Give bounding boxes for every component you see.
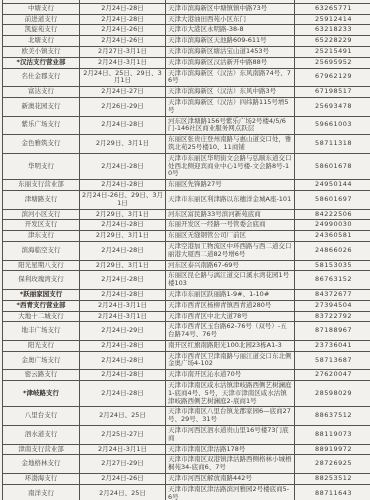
address-cell: 天津市津南区咸水沽镇津岐路西侧艺树澜庭1-底商4号、5号，天津市津南区咸水沽镇津… <box>166 381 295 407</box>
phone-cell: 88253512 <box>295 474 370 485</box>
service-dates-cell: 2月27日-29日 <box>80 455 166 474</box>
address-cell: 天津市滨海新区（汉沽）东风南路74号、76号 <box>166 68 295 87</box>
phone-cell: 58713687 <box>295 351 370 370</box>
service-dates-cell: 2月24日-28日 <box>80 289 166 300</box>
branch-name-cell: 阳光支行 <box>3 340 80 351</box>
branch-name-cell: *西青支行营业部 <box>3 300 80 311</box>
table-row: 环渤海支行2月24日-26日天津市河西区解放南路442号88253512 <box>3 474 370 485</box>
service-dates-cell: 2月25日-27日 <box>80 426 166 445</box>
service-dates-cell: 2月29日、3月1日 <box>80 260 166 271</box>
branch-name-cell: 中塘支行 <box>3 3 80 14</box>
service-dates-cell: 2月24日、25日 <box>80 484 166 500</box>
branch-name-cell: 津东支行 <box>3 231 80 242</box>
address-cell: 天津市西青区玉台路62-76号（双号）-五台路74号、76号 <box>166 322 295 341</box>
table-row: 滨河小区支行2月29日、3月1日河东区富民路33号滨河新苑底商84222506 <box>3 209 370 220</box>
address-cell: 河东区津塘路156号紫乐广场2号楼4/5/6门-146社区商业服务网点跃层 <box>166 116 295 135</box>
table-row: 大地十二城支行2月24日-3月1日天津市西青区中北大道78号83722792 <box>3 311 370 322</box>
branch-name-cell: 金地格林支行 <box>3 455 80 474</box>
branch-name-cell: 密云路支行 <box>3 370 80 381</box>
service-dates-cell: 2月24日-26日、29日、3月1日 <box>80 190 166 209</box>
branch-name-cell: *跃丽家园支行 <box>3 289 80 300</box>
branch-name-cell: 津塘路支行 <box>3 190 80 209</box>
phone-cell: 28726925 <box>295 455 370 474</box>
phone-cell: 24866026 <box>295 241 370 260</box>
address-cell: 天津市河西区泗水道贵山里16号楼73门底商 <box>166 426 295 445</box>
phone-cell: 25215491 <box>295 46 370 57</box>
phone-cell: 28598029 <box>295 381 370 407</box>
phone-cell: 25695952 <box>295 57 370 68</box>
table-row: 中塘支行2月24日-28日天津市滨海新区中塘镇镇中路73号63265771 <box>3 3 370 14</box>
table-row: *跃丽家园支行2月24日-28日天津市东丽区跃丽路1-9#、1-10#84372… <box>3 289 370 300</box>
phone-cell: 58711318 <box>295 135 370 154</box>
branch-name-cell: 凯旋苑支行 <box>3 25 80 36</box>
service-dates-cell: 2月24日-28日 <box>80 14 166 25</box>
service-dates-cell: 2月24日-28日 <box>80 271 166 290</box>
branch-name-cell: 富达支行 <box>3 87 80 98</box>
branch-name-cell: 开发区支行 <box>3 220 80 231</box>
table-row: 南洋支行2月24日、25日天津市津南区津沽路滨河雅园2号楼底商5-6号88711… <box>3 484 370 500</box>
service-dates-cell: 2月24日-27日 <box>80 87 166 98</box>
service-dates-cell: 2月24日-28日 <box>80 370 166 381</box>
table-row: 保利玫瑰湾支行2月24日-28日东丽区昆仑路与漓江道交口溪水湾花园1号楼1038… <box>3 271 370 290</box>
branch-table: ……支行2月24日-3月1日天津大港…………中塘支行2月24日-28日天津市滨海… <box>2 0 370 500</box>
address-cell: 天津市河西区解放南路442号 <box>166 474 295 485</box>
service-dates-cell: 2月24日-3月1日 <box>80 57 166 68</box>
table-row: 金奥广场支行2月24日-28日天津市西青区卫津南路与丽江道交口东北侧金奥广场4-… <box>3 351 370 370</box>
table-row: 阳光支行2月24日-28日南开区红旗南路阳光100北园23栋A1-3237360… <box>3 340 370 351</box>
branch-name-cell: 环渤海支行 <box>3 474 80 485</box>
phone-cell: 23736041 <box>295 340 370 351</box>
phone-cell: 65228229 <box>295 36 370 47</box>
address-cell: 东丽区张贵庄登州南路与惠山道交口处，雅筑北苑25号楼10、11商铺 <box>166 135 295 154</box>
branch-name-cell: 新澳花园支行 <box>3 97 80 116</box>
branch-name-cell: *汉沽支行营业部 <box>3 57 80 68</box>
address-cell: 天津市津南区津沽路滨河雅园2号楼底商5-6号 <box>166 484 295 500</box>
phone-cell: 59661003 <box>295 116 370 135</box>
service-dates-cell: 2月24日-3月1日 <box>80 444 166 455</box>
table-row: *西青支行营业部2月24日-3月1日天津市西青区杨柳青镇西青道280号27394… <box>3 300 370 311</box>
address-cell: 东丽区先锋路27号 <box>166 180 295 191</box>
phone-cell: 58153035 <box>295 260 370 271</box>
address-cell: 天津市滨海新区塘沽宝山道1453号 <box>166 46 295 57</box>
branch-name-cell: 保利玫瑰湾支行 <box>3 271 80 290</box>
branch-name-cell: 南洋支行 <box>3 484 80 500</box>
service-dates-cell: 2月26日-29日 <box>80 97 166 116</box>
table-row: 东丽支行营业部2月24日-28日东丽区先锋路27号24950144 <box>3 180 370 191</box>
branch-name-cell: 紫乐广场支行 <box>3 116 80 135</box>
service-dates-cell: 2月27日-3月1日 <box>80 46 166 57</box>
table-row: 富达支行2月24日-27日天津市滨海新区（汉沽）东风中路3号67198517 <box>3 87 370 98</box>
table-row: 津南支行营业部2月24日-3月1日天津市津南区津沽路178号88919972 <box>3 444 370 455</box>
service-dates-cell: 2月24日-3月1日 <box>80 300 166 311</box>
phone-cell: 88919972 <box>295 444 370 455</box>
address-cell: 天津市南开区沁水道70号 <box>166 370 295 381</box>
table-row: *津岐路支行2月24日-28日天津市津南区咸水沽镇津岐路西侧艺树澜庭1-底商4号… <box>3 381 370 407</box>
phone-cell: 67198517 <box>295 87 370 98</box>
service-dates-cell: 2月24日、25日 <box>80 407 166 426</box>
branch-name-cell: 地丰广场支行 <box>3 322 80 341</box>
branch-name-cell: 华明支行 <box>3 153 80 179</box>
branch-name-cell: 滨海临空支行 <box>3 241 80 260</box>
phone-cell: 83722792 <box>295 311 370 322</box>
address-cell: 天津市津南区八里台镇龙郡家园6—底商27号、29号、31号 <box>166 407 295 426</box>
address-cell: 东丽区昆仑路与漓江道交口溪水湾花园1号楼103 <box>166 271 295 290</box>
address-cell: 天津市滨海新区（汉沽）四纬路115号增5号 <box>166 97 295 116</box>
address-cell: 天津市西青区杨柳青镇西青道280号 <box>166 300 295 311</box>
branch-name-cell: 泗水道支行 <box>3 426 80 445</box>
phone-cell: 24990030 <box>295 220 370 231</box>
service-dates-cell: 2月24日-28日 <box>80 153 166 179</box>
table-row: 名仕金郡支行2月24日、25日、29日、3月1日天津市滨海新区（汉沽）东风南路7… <box>3 68 370 87</box>
address-cell: 天津市津南区双港镇津沽路西侧格林小城梧桐苑34-底商6、7号 <box>166 455 295 474</box>
phone-cell: 58601697 <box>295 190 370 209</box>
branch-table-body: ……支行2月24日-3月1日天津大港…………中塘支行2月24日-28日天津市滨海… <box>3 0 370 500</box>
table-row: 泗水道支行2月25日-27日天津市河西区泗水道贵山里16号楼73门底商88119… <box>3 426 370 445</box>
phone-cell: 88711643 <box>295 484 370 500</box>
address-cell: 天津市津南区津沽路178号 <box>166 444 295 455</box>
table-row: 金地格林支行2月27日-29日天津市津南区双港镇津沽路西侧格林小城梧桐苑34-底… <box>3 455 370 474</box>
service-dates-cell: 2月24日-29日 <box>80 322 166 341</box>
address-cell: 南开区红旗南路阳光100北园23栋A1-3 <box>166 340 295 351</box>
phone-cell: 25693478 <box>295 97 370 116</box>
table-row: 北塘支行2月24日-26日天津市滨海新区天池路609-611号65228229 <box>3 36 370 47</box>
address-cell: 天津市滨海新区（汉沽）东风中路3号 <box>166 87 295 98</box>
branch-name-cell: *津岐路支行 <box>3 381 80 407</box>
phone-cell: 58601678 <box>295 153 370 179</box>
address-cell: 天津市东丽区跃丽路1-9#、1-10# <box>166 289 295 300</box>
address-cell: 天津空港加工物流区中环西路与西二道交口丽港大厦西二道82号增6号 <box>166 241 295 260</box>
address-cell: 天津市大港区永明路-38-8 <box>166 25 295 36</box>
table-row: 欧美小镇支行2月27日-3月1日天津市滨海新区塘沽宝山道1453号2521549… <box>3 46 370 57</box>
phone-cell: 63265771 <box>295 3 370 14</box>
phone-cell: 63218233 <box>295 25 370 36</box>
branch-name-cell: 金奥广场支行 <box>3 351 80 370</box>
service-dates-cell: 2月24日-26日 <box>80 36 166 47</box>
address-cell: 天津市滨海新区汉沽新开中路88号 <box>166 57 295 68</box>
table-row: 密云路支行2月24日-28日天津市南开区沁水道70号27620047 <box>3 370 370 381</box>
service-dates-cell: 2月24日-28日 <box>80 116 166 135</box>
service-dates-cell: 2月24日-28日 <box>80 241 166 260</box>
service-dates-cell: 2月29日、3月1日 <box>80 231 166 242</box>
table-row: 八里台支行2月24日、25日天津市津南区八里台镇龙郡家园6—底商27号、29号、… <box>3 407 370 426</box>
phone-cell: 84372677 <box>295 289 370 300</box>
service-dates-cell: 2月24日-28日 <box>80 381 166 407</box>
phone-cell: 27620047 <box>295 370 370 381</box>
table-row: 凯旋苑支行2月24日-26日天津市大港区永明路-38-863218233 <box>3 25 370 36</box>
phone-cell: 24360581 <box>295 231 370 242</box>
address-cell: 天津市滨海新区天池路609-611号 <box>166 36 295 47</box>
address-cell: 河东区泰兴南路67-69号 <box>166 260 295 271</box>
scanned-branch-list-sheet: ……支行2月24日-3月1日天津大港…………中塘支行2月24日-28日天津市滨海… <box>0 0 370 500</box>
table-row: 阳光星期八支行2月29日、3月1日河东区泰兴南路67-69号58153035 <box>3 260 370 271</box>
branch-name-cell: 欧美小镇支行 <box>3 46 80 57</box>
branch-name-cell: 东丽支行营业部 <box>3 180 80 191</box>
phone-cell: 67962129 <box>295 68 370 87</box>
table-row: 津塘路支行2月24日-26日、29日、3月1日天津市东丽区利津路以东穗洋金城A座… <box>3 190 370 209</box>
phone-cell: 88637512 <box>295 407 370 426</box>
branch-name-cell: 津南支行营业部 <box>3 444 80 455</box>
table-row: 前进道支行2月24日-28日天津大港油田西苑小区东门25912414 <box>3 14 370 25</box>
address-cell: 天津市西青区中北大道78号 <box>166 311 295 322</box>
service-dates-cell: 2月24日-26日 <box>80 474 166 485</box>
address-cell: 东丽区无缝钢管公司厂前区 <box>166 231 295 242</box>
table-row: 开发区支行2月24日-28日东丽开发区一经路一号管委会底商24990030 <box>3 220 370 231</box>
branch-name-cell: 八里台支行 <box>3 407 80 426</box>
phone-cell: 84222506 <box>295 209 370 220</box>
branch-name-cell: 北塘支行 <box>3 36 80 47</box>
address-cell: 天津市东丽区利津路以东穗洋金城A座-101 <box>166 190 295 209</box>
service-dates-cell: 2月24日-28日 <box>80 351 166 370</box>
address-cell: 河东区富民路33号滨河新苑底商 <box>166 209 295 220</box>
branch-name-cell: 前进道支行 <box>3 14 80 25</box>
phone-cell: 24950144 <box>295 180 370 191</box>
table-row: 华明支行2月24日-28日天津市东丽区华明街文会路与弘顺东道交口处西北侧迎宾商业… <box>3 153 370 179</box>
branch-name-cell: 滨河小区支行 <box>3 209 80 220</box>
service-dates-cell: 2月24日-3月1日 <box>80 311 166 322</box>
branch-name-cell: 名仕金郡支行 <box>3 68 80 87</box>
service-dates-cell: 2月24日-28日 <box>80 220 166 231</box>
service-dates-cell: 2月24日-28日 <box>80 3 166 14</box>
service-dates-cell: 2月24日-28日 <box>80 180 166 191</box>
address-cell: 天津大港油田西苑小区东门 <box>166 14 295 25</box>
table-row: 新澳花园支行2月26日-29日天津市滨海新区（汉沽）四纬路115号增5号2569… <box>3 97 370 116</box>
branch-name-cell: 大地十二城支行 <box>3 311 80 322</box>
table-row: 金色雅筑支行2月29日、3月1日东丽区张贵庄登州南路与惠山道交口处，雅筑北苑25… <box>3 135 370 154</box>
table-row: 滨海临空支行2月24日-28日天津空港加工物流区中环西路与西二道交口丽港大厦西二… <box>3 241 370 260</box>
phone-cell: 88119073 <box>295 426 370 445</box>
branch-name-cell: 阳光星期八支行 <box>3 260 80 271</box>
service-dates-cell: 2月29日、3月1日 <box>80 135 166 154</box>
phone-cell: 27394504 <box>295 300 370 311</box>
table-row: 地丰广场支行2月24日-29日天津市西青区玉台路62-76号（双号）-五台路74… <box>3 322 370 341</box>
phone-cell: 86763152 <box>295 271 370 290</box>
address-cell: 东丽开发区一经路一号管委会底商 <box>166 220 295 231</box>
address-cell: 天津市西青区卫津南路与丽江道交口东北侧金奥广场4-102 <box>166 351 295 370</box>
phone-cell: 87188967 <box>295 322 370 341</box>
service-dates-cell: 2月24日-26日 <box>80 25 166 36</box>
table-row: 紫乐广场支行2月24日-28日河东区津塘路156号紫乐广场2号楼4/5/6门-1… <box>3 116 370 135</box>
address-cell: 天津市东丽区华明街文会路与弘顺东道交口处西北侧迎宾商业中心1号楼-文会路8号-1… <box>166 153 295 179</box>
service-dates-cell: 2月24日-28日 <box>80 340 166 351</box>
service-dates-cell: 2月24日、25日、29日、3月1日 <box>80 68 166 87</box>
table-row: *汉沽支行营业部2月24日-3月1日天津市滨海新区汉沽新开中路88号256959… <box>3 57 370 68</box>
table-row: 津东支行2月29日、3月1日东丽区无缝钢管公司厂前区24360581 <box>3 231 370 242</box>
address-cell: 天津市滨海新区中塘镇镇中路73号 <box>166 3 295 14</box>
phone-cell: 25912414 <box>295 14 370 25</box>
branch-name-cell: 金色雅筑支行 <box>3 135 80 154</box>
service-dates-cell: 2月29日、3月1日 <box>80 209 166 220</box>
